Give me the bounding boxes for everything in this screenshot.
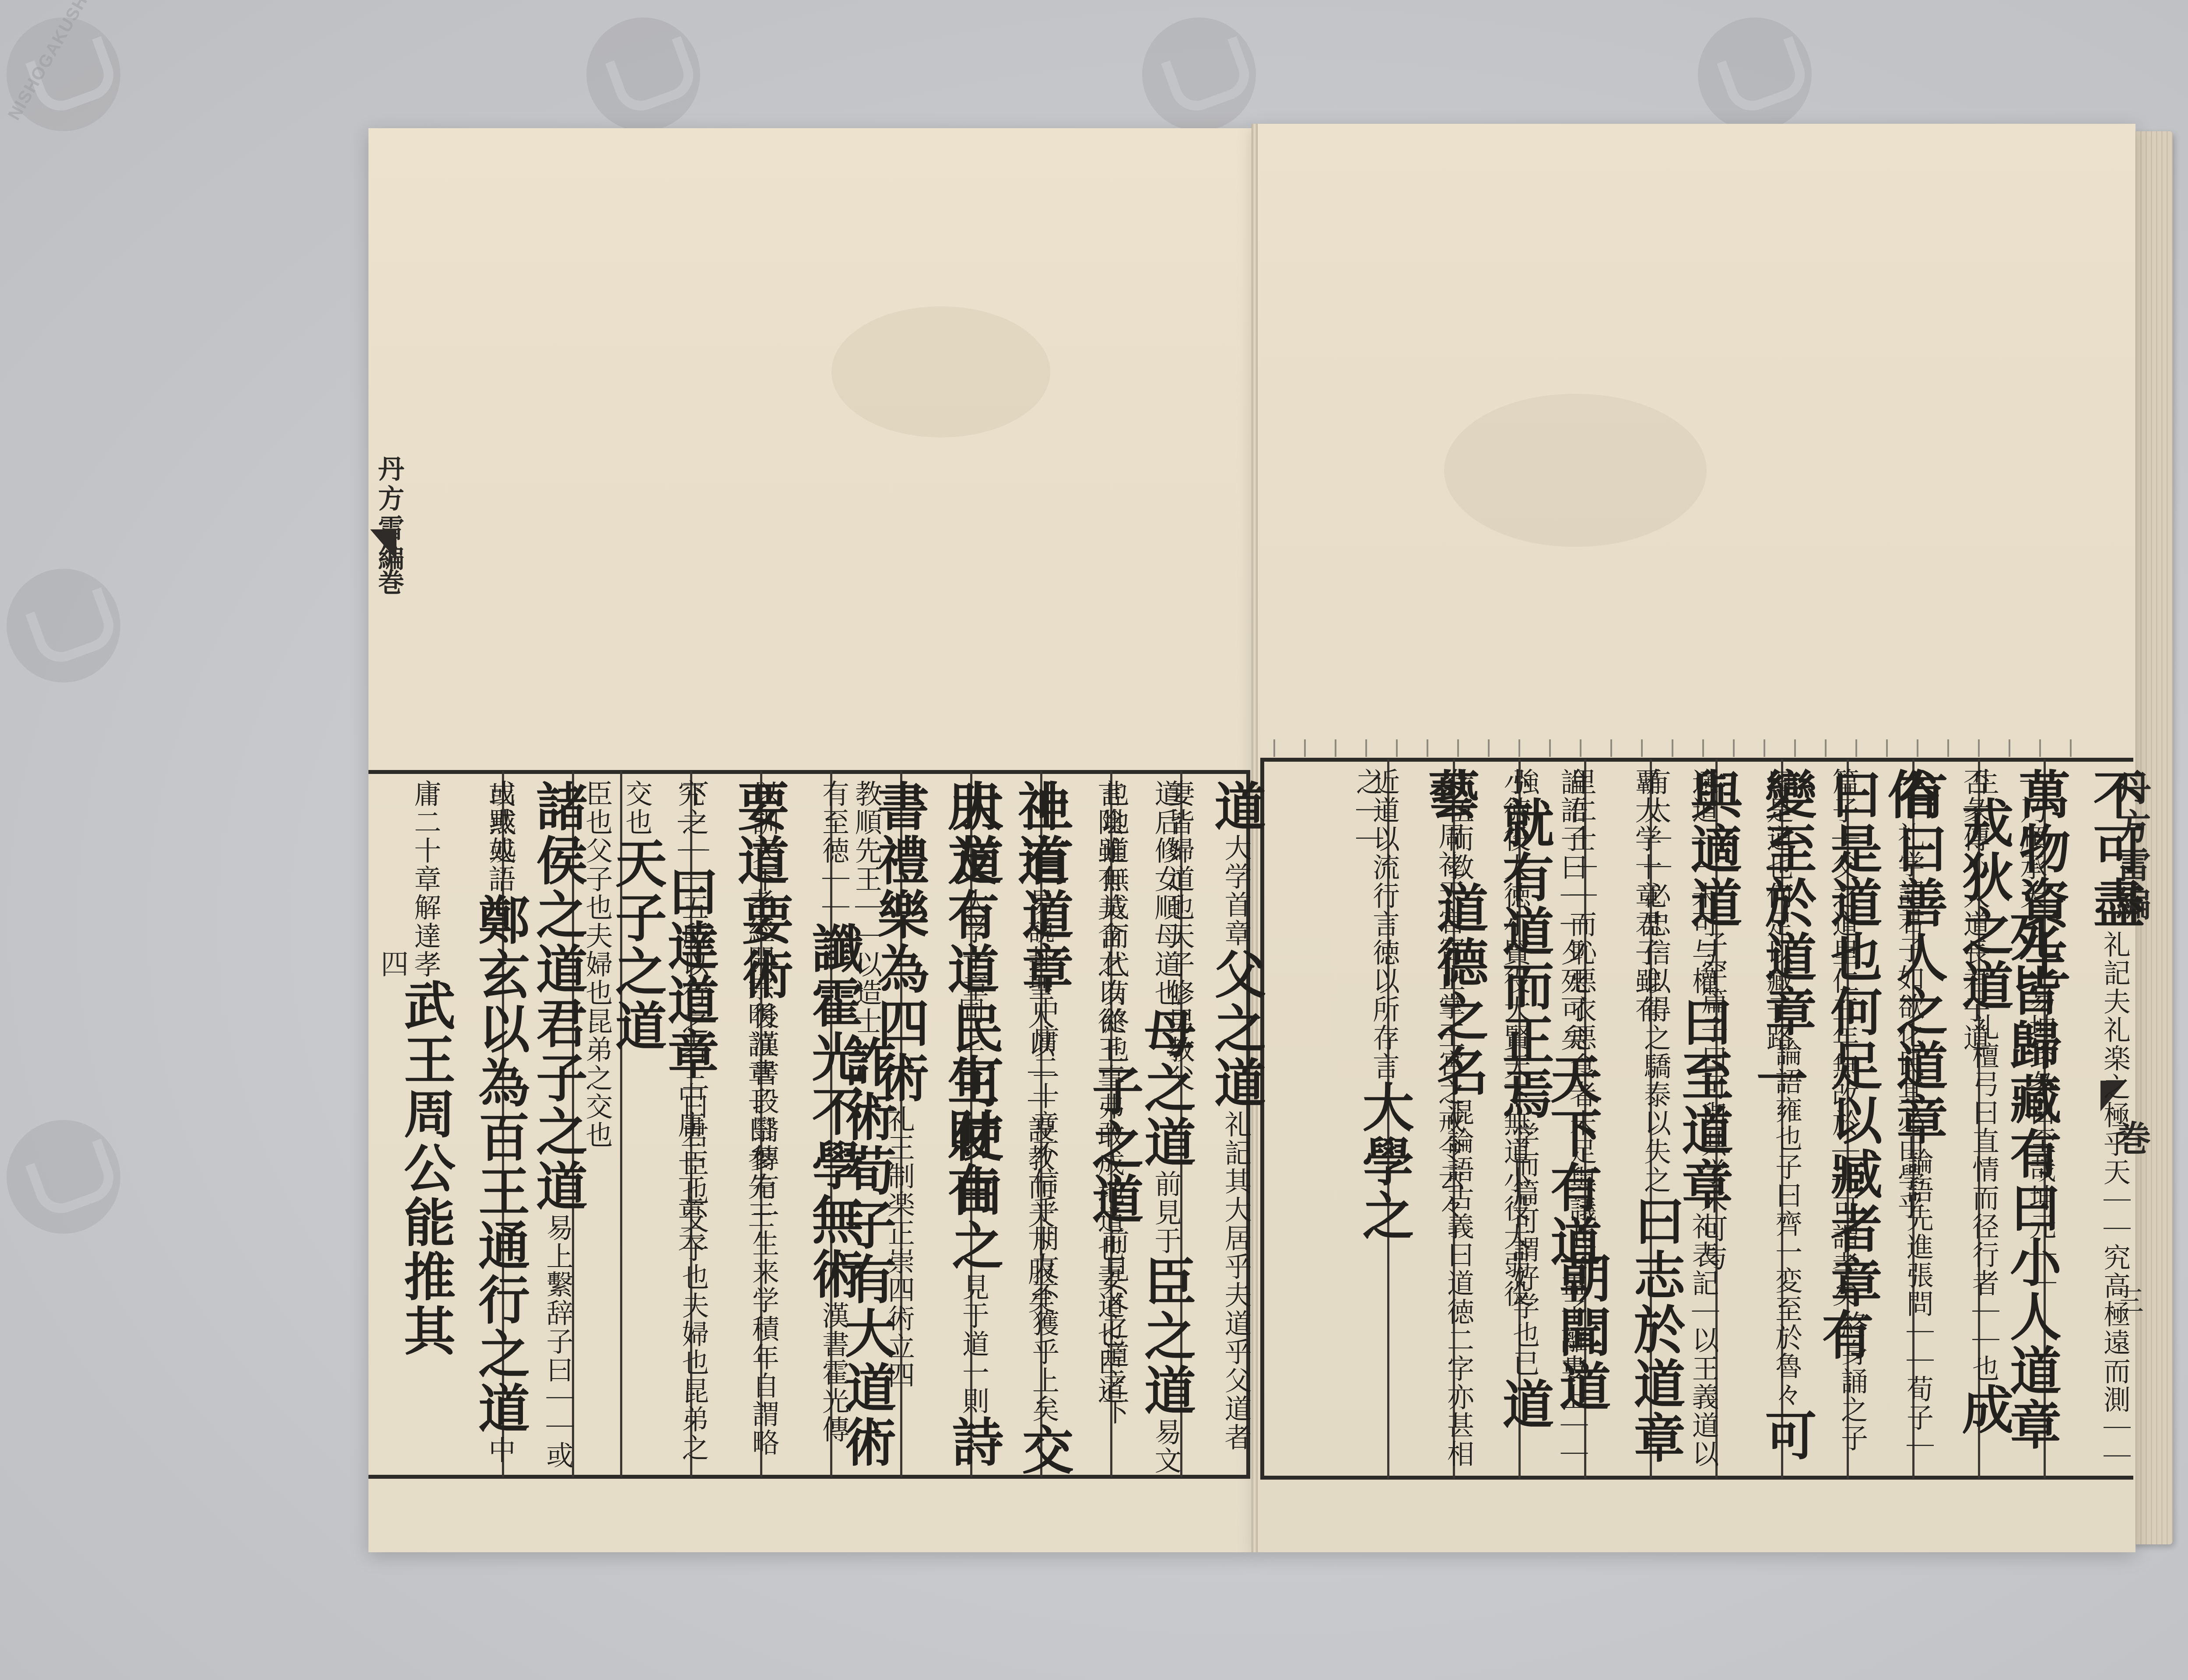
- watermark-logo-icon: [1698, 17, 1812, 131]
- watermark-logo-icon: [586, 17, 700, 131]
- watermark-logo-icon: [7, 1120, 120, 1234]
- text-column: 或黙或語鄭玄以為百王通行之道中庸二十章解達孝武王周公能推其: [423, 771, 502, 1477]
- bleed-through-strokes: [1260, 739, 2092, 757]
- watermark-logo-icon: [1142, 17, 1256, 131]
- left-page-text: 道大学首章父之道礼記其大居乎夫道乎父道者妻皆婦道也天子修男教父 道后修女順母道也…: [368, 771, 1250, 1477]
- left-margin-volume: 巻: [370, 569, 408, 598]
- text-column: 大道大学十章民可使由之見于道一則詩書禮樂為四術礼王制楽正崇四術立四: [900, 771, 970, 1477]
- text-column: 什伍而教道德之名混論語古義曰道徳二字亦甚相近道以流行言徳以所存言大學之: [1387, 759, 1453, 1479]
- paper-stain: [1444, 394, 1707, 547]
- paper-stain: [831, 306, 1050, 437]
- text-column: 之｜｜: [1348, 759, 1387, 1479]
- text-column: 下之｜｜五所以行之者三曰君臣也父子也夫婦也昆弟之交也天子之道: [620, 771, 690, 1477]
- watermark-logo-icon: [7, 569, 120, 682]
- right-page-text: 不可盡礼記夫礼楽之極乎天｜｜究高極遠而測｜｜萬物資生易坤卦彖曰至哉坤元｜｜ ｜乃…: [1260, 759, 2109, 1479]
- fishtail-mark-icon: [370, 529, 396, 560]
